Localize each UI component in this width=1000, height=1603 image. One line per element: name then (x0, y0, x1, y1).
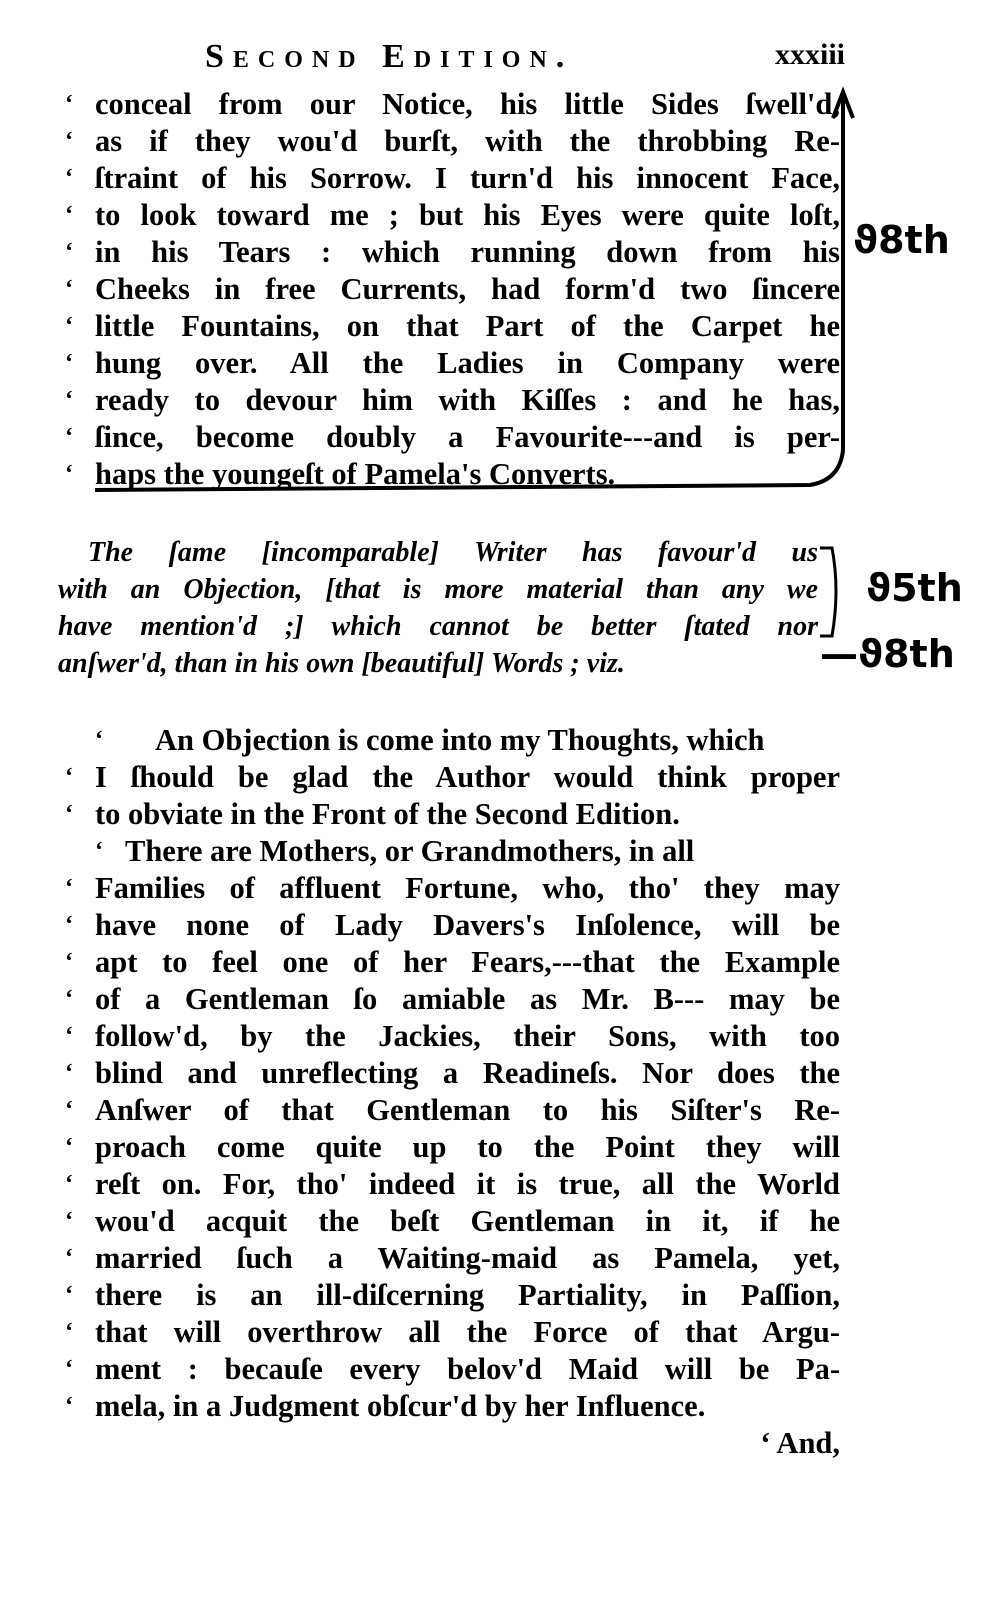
handwritten-note-8th: ϑ8th (853, 218, 950, 262)
book-page: Second Edition. xxxiii ‘conceal from our… (0, 0, 1000, 1603)
annotation-strokes (0, 0, 1000, 1603)
handwritten-note-5th: ϑ5th (866, 566, 963, 610)
handwritten-note-8th-2: —ϑ8th (820, 632, 955, 676)
